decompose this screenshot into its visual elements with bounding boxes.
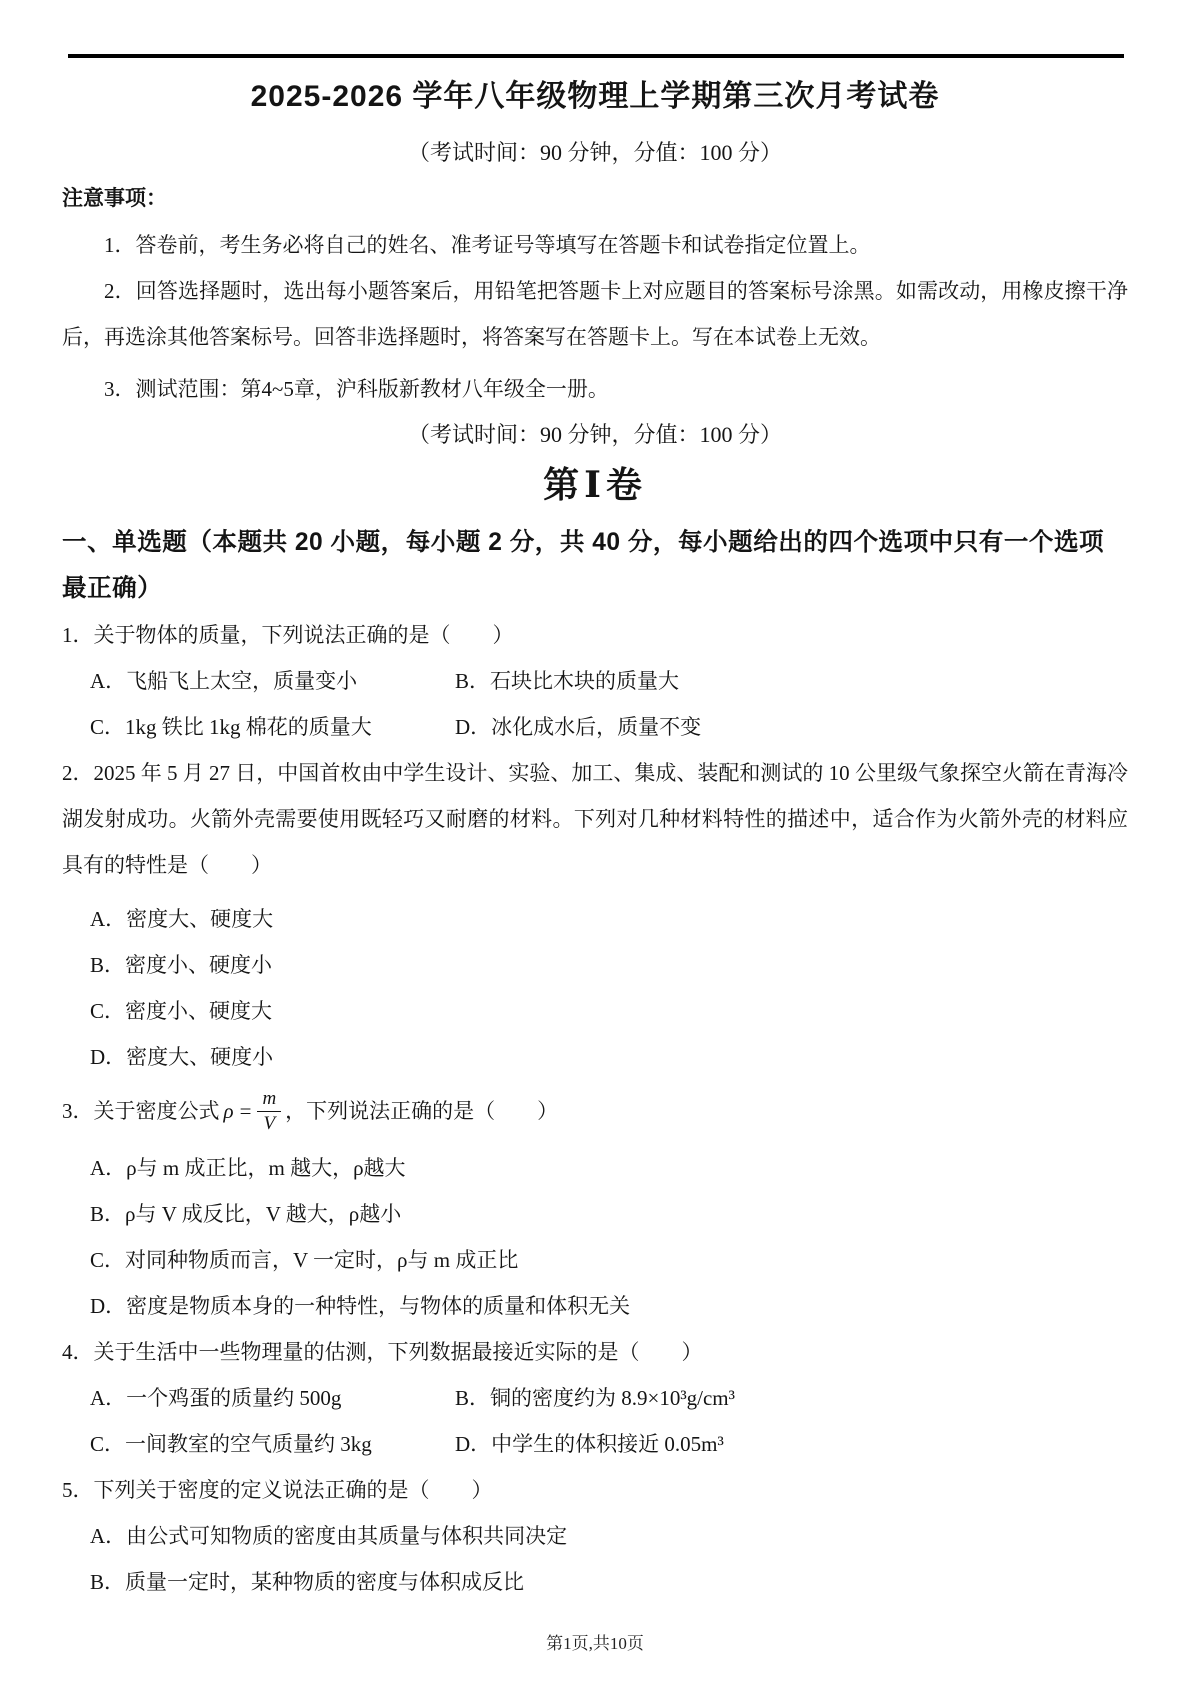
formula-rho: ρ — [224, 1088, 234, 1134]
q2-option-b: B．密度小、硬度小 — [90, 942, 1128, 988]
formula-numerator: m — [257, 1088, 281, 1112]
q1-option-b: B．石块比木块的质量大 — [455, 658, 1128, 704]
question-2-options: A．密度大、硬度大 B．密度小、硬度小 C．密度小、硬度大 D．密度大、硬度小 — [62, 896, 1128, 1080]
q3-option-c: C．对同种物质而言，V 一定时，ρ与 m 成正比 — [90, 1237, 1128, 1283]
volume-title: 第Ⅰ卷 — [62, 458, 1128, 512]
exam-info: （考试时间：90 分钟，分值：100 分） — [62, 130, 1128, 176]
q3-option-d: D．密度是物质本身的一种特性，与物体的质量和体积无关 — [90, 1283, 1128, 1329]
notice-item-1: 1．答卷前，考生务必将自己的姓名、准考证号等填写在答题卡和试卷指定位置上。 — [62, 222, 1128, 268]
question-1-options-row-1: A．飞船飞上太空，质量变小 B．石块比木块的质量大 — [62, 658, 1128, 704]
q2-option-d: D．密度大、硬度小 — [90, 1034, 1128, 1080]
notice-heading: 注意事项： — [62, 176, 1128, 222]
q5-option-a: A．由公式可知物质的密度由其质量与体积共同决定 — [90, 1513, 1128, 1559]
notice-item-2: 2．回答选择题时，选出每小题答案后，用铅笔把答题卡上对应题目的答案标号涂黑。如需… — [62, 268, 1128, 360]
exam-paper-page: 2025-2026 学年八年级物理上学期第三次月考试卷 （考试时间：90 分钟，… — [0, 0, 1190, 1682]
question-3: 3．关于密度公式 ρ = m V ，下列说法正确的是（ ） A．ρ与 m 成正比… — [62, 1080, 1128, 1329]
density-formula: ρ = m V — [224, 1088, 282, 1135]
question-5-stem: 5．下列关于密度的定义说法正确的是（ ） — [62, 1467, 1128, 1513]
question-5-options: A．由公式可知物质的密度由其质量与体积共同决定 B．质量一定时，某种物质的密度与… — [62, 1513, 1128, 1605]
formula-fraction: m V — [257, 1088, 281, 1135]
q4-option-d: D．中学生的体积接近 0.05m³ — [455, 1421, 1128, 1467]
q5-option-b: B．质量一定时，某种物质的密度与体积成反比 — [90, 1559, 1128, 1605]
q2-option-c: C．密度小、硬度大 — [90, 988, 1128, 1034]
question-5: 5．下列关于密度的定义说法正确的是（ ） A．由公式可知物质的密度由其质量与体积… — [62, 1467, 1128, 1605]
q3-option-a: A．ρ与 m 成正比，m 越大，ρ越大 — [90, 1145, 1128, 1191]
notice-item-3: 3．测试范围：第4~5章，沪科版新教材八年级全一册。 — [62, 366, 1128, 412]
question-3-stem: 3．关于密度公式 ρ = m V ，下列说法正确的是（ ） — [62, 1080, 1128, 1145]
formula-denominator: V — [264, 1112, 276, 1135]
question-4-options-row-1: A．一个鸡蛋的质量约 500g B．铜的密度约为 8.9×10³g/cm³ — [62, 1375, 1128, 1421]
q1-option-c: C．1kg 铁比 1kg 棉花的质量大 — [90, 704, 455, 750]
question-3-options: A．ρ与 m 成正比，m 越大，ρ越大 B．ρ与 V 成反比，V 越大，ρ越小 … — [62, 1145, 1128, 1329]
section-heading: 一、单选题（本题共 20 小题，每小题 2 分，共 40 分，每小题给出的四个选… — [62, 520, 1128, 612]
question-4-stem: 4．关于生活中一些物理量的估测，下列数据最接近实际的是（ ） — [62, 1329, 1128, 1375]
exam-info-repeat: （考试时间：90 分钟，分值：100 分） — [62, 412, 1128, 458]
question-2: 2．2025 年 5 月 27 日，中国首枚由中学生设计、实验、加工、集成、装配… — [62, 750, 1128, 1080]
page-title: 2025-2026 学年八年级物理上学期第三次月考试卷 — [62, 74, 1128, 120]
page-number-indicator: 第1页,共10页 — [0, 1629, 1190, 1654]
question-1: 1．关于物体的质量，下列说法正确的是（ ） A．飞船飞上太空，质量变小 B．石块… — [62, 612, 1128, 750]
q3-stem-suffix: ，下列说法正确的是（ ） — [285, 1088, 558, 1134]
header-rule — [68, 54, 1124, 58]
question-2-stem: 2．2025 年 5 月 27 日，中国首枚由中学生设计、实验、加工、集成、装配… — [62, 750, 1128, 888]
q2-option-a: A．密度大、硬度大 — [90, 896, 1128, 942]
q4-option-b: B．铜的密度约为 8.9×10³g/cm³ — [455, 1375, 1128, 1421]
q3-option-b: B．ρ与 V 成反比，V 越大，ρ越小 — [90, 1191, 1128, 1237]
question-1-options-row-2: C．1kg 铁比 1kg 棉花的质量大 D．冰化成水后，质量不变 — [62, 704, 1128, 750]
formula-equals: = — [240, 1088, 252, 1134]
question-1-stem: 1．关于物体的质量，下列说法正确的是（ ） — [62, 612, 1128, 658]
q3-stem-prefix: 3．关于密度公式 — [62, 1088, 220, 1134]
q4-option-c: C．一间教室的空气质量约 3kg — [90, 1421, 455, 1467]
question-4-options-row-2: C．一间教室的空气质量约 3kg D．中学生的体积接近 0.05m³ — [62, 1421, 1128, 1467]
q1-option-a: A．飞船飞上太空，质量变小 — [90, 658, 455, 704]
question-4: 4．关于生活中一些物理量的估测，下列数据最接近实际的是（ ） A．一个鸡蛋的质量… — [62, 1329, 1128, 1467]
q1-option-d: D．冰化成水后，质量不变 — [455, 704, 1128, 750]
q4-option-a: A．一个鸡蛋的质量约 500g — [90, 1375, 455, 1421]
